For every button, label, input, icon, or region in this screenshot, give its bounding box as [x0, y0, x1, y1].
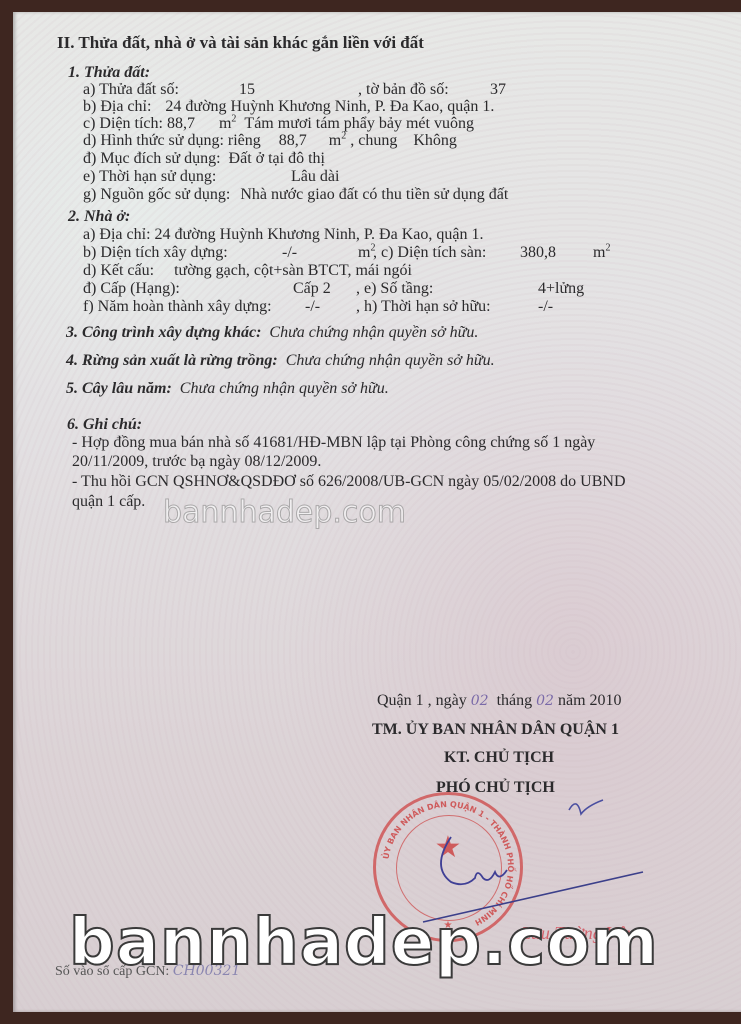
- term-value: Lâu dài: [291, 168, 339, 186]
- grade-label: đ) Cấp (Hạng):: [83, 280, 180, 297]
- month-handwritten: 02: [536, 693, 554, 709]
- parcel-label: a) Thửa đất số:: [83, 81, 179, 98]
- usage-form-private: 88,7: [279, 132, 307, 149]
- note-line: 20/11/2009, trước bạ ngày 08/12/2009.: [72, 453, 321, 471]
- certificate-page: II. Thửa đất, nhà ở và tài sản khác gắn …: [13, 12, 741, 1012]
- watermark-large: bannhadep.com: [69, 908, 659, 978]
- origin-label: g) Nguồn gốc sử dụng:: [83, 186, 230, 203]
- land-area-row: c) Diện tích: 88,7 m2 Tám mươi tám phẩy …: [83, 115, 474, 133]
- land-address-row: b) Địa chỉ: 24 đường Huỳnh Khương Ninh, …: [83, 98, 494, 116]
- origin-row: g) Nguồn gốc sử dụng: Nhà nước giao đất …: [83, 186, 508, 204]
- floors-value: 4+lửng: [538, 280, 584, 298]
- usage-form-shared: Không: [413, 132, 457, 149]
- house-area-row: b) Diện tích xây dựng: -/- m2 , c) Diện …: [83, 244, 228, 262]
- purpose-row: đ) Mục đích sử dụng: Đất ở tại đô thị: [83, 150, 325, 168]
- authority-title: KT. CHỦ TỊCH: [444, 749, 554, 767]
- parcel-number: 15: [239, 81, 255, 99]
- structure-row: d) Kết cấu: tường gạch, cột+sàn BTCT, má…: [83, 262, 412, 280]
- other-works-row: 3. Công trình xây dựng khác: Chưa chứng …: [66, 324, 478, 342]
- grade-row: đ) Cấp (Hạng): Cấp 2 , e) Số tầng: 4+lửn…: [83, 280, 180, 298]
- forest-value: Chưa chứng nhận quyền sở hữu.: [286, 352, 495, 369]
- land-heading: 1. Thửa đất:: [68, 64, 150, 82]
- map-sheet-number: 37: [490, 81, 506, 99]
- ownership-term-label: , h) Thời hạn sở hữu:: [356, 298, 491, 316]
- parcel-number-row: a) Thửa đất số: 15 , tờ bản đồ số: 37: [83, 81, 179, 99]
- house-address-row: a) Địa chỉ: 24 đường Huỳnh Khương Ninh, …: [83, 226, 483, 244]
- grade-value: Cấp 2: [293, 280, 331, 298]
- term-row: e) Thời hạn sử dụng: Lâu dài: [83, 168, 216, 186]
- usage-form-row: d) Hình thức sử dụng: riêng 88,7 m2 , ch…: [83, 132, 457, 150]
- term-label: e) Thời hạn sử dụng:: [83, 168, 216, 185]
- land-address: 24 đường Huỳnh Khương Ninh, P. Đa Kao, q…: [165, 98, 494, 115]
- forest-label: 4. Rừng sản xuất là rừng trồng:: [66, 352, 278, 369]
- completion-row: f) Năm hoàn thành xây dựng: -/- , h) Thờ…: [83, 298, 272, 316]
- land-area-words: Tám mươi tám phẩy bảy mét vuông: [244, 115, 474, 132]
- floors-label: , e) Số tầng:: [356, 280, 433, 298]
- usage-form-unit: m2: [329, 132, 346, 149]
- other-works-value: Chưa chứng nhận quyền sở hữu.: [269, 324, 478, 341]
- structure-value: tường gạch, cột+sàn BTCT, mái ngói: [174, 262, 412, 279]
- build-area-label: b) Diện tích xây dựng:: [83, 244, 228, 261]
- structure-label: d) Kết cấu:: [83, 262, 154, 279]
- month-label: tháng: [497, 692, 533, 709]
- perennial-label: 5. Cây lâu năm:: [66, 380, 172, 397]
- perennial-row: 5. Cây lâu năm: Chưa chứng nhận quyền sở…: [66, 380, 389, 398]
- day-handwritten: 02: [471, 693, 489, 709]
- land-area-label: c) Diện tích:: [83, 115, 163, 132]
- notes-heading: 6. Ghi chú:: [67, 416, 142, 434]
- other-works-label: 3. Công trình xây dựng khác:: [66, 324, 261, 341]
- house-address-label: a) Địa chỉ:: [83, 226, 151, 243]
- usage-form-shared-label: , chung: [350, 132, 397, 149]
- completion-label: f) Năm hoàn thành xây dựng:: [83, 298, 272, 315]
- floor-area-label: , c) Diện tích sàn:: [373, 244, 486, 262]
- perennial-value: Chưa chứng nhận quyền sở hữu.: [180, 380, 389, 397]
- completion-value: -/-: [305, 298, 320, 316]
- authority-line: TM. ỦY BAN NHÂN DÂN QUẬN 1: [372, 721, 619, 739]
- house-heading: 2. Nhà ở:: [68, 208, 130, 226]
- note-line: - Hợp đồng mua bán nhà số 41681/HĐ-MBN l…: [72, 434, 595, 452]
- note-line: - Thu hồi GCN QSHNƠ&QSDĐƠ số 626/2008/UB…: [72, 473, 626, 491]
- land-address-label: b) Địa chỉ:: [83, 98, 151, 115]
- place-date: Quận 1 , ngày 02 tháng 02 năm 2010: [377, 692, 622, 710]
- watermark-small: bannhadep.com: [163, 496, 406, 530]
- purpose-label: đ) Mục đích sử dụng:: [83, 150, 221, 167]
- build-area-value: -/-: [282, 244, 297, 262]
- place-date-prefix: Quận 1 , ngày: [377, 692, 467, 709]
- floor-area-unit: m2: [593, 244, 610, 262]
- house-address: 24 đường Huỳnh Khương Ninh, P. Đa Kao, q…: [155, 226, 484, 243]
- purpose-value: Đất ở tại đô thị: [229, 150, 325, 167]
- map-sheet-label: , tờ bản đồ số:: [358, 81, 449, 99]
- floor-area-value: 380,8: [520, 244, 556, 262]
- origin-value: Nhà nước giao đất có thu tiền sử dụng đấ…: [240, 186, 508, 203]
- forest-row: 4. Rừng sản xuất là rừng trồng: Chưa chứ…: [66, 352, 495, 370]
- section-title: II. Thửa đất, nhà ở và tài sản khác gắn …: [57, 34, 424, 52]
- land-area-unit: m2: [219, 115, 236, 132]
- land-area-value: 88,7: [167, 115, 195, 132]
- ownership-term-value: -/-: [538, 298, 553, 316]
- usage-form-label: d) Hình thức sử dụng: riêng: [83, 132, 261, 149]
- note-line: quận 1 cấp.: [72, 493, 145, 511]
- year-label: năm 2010: [558, 692, 622, 709]
